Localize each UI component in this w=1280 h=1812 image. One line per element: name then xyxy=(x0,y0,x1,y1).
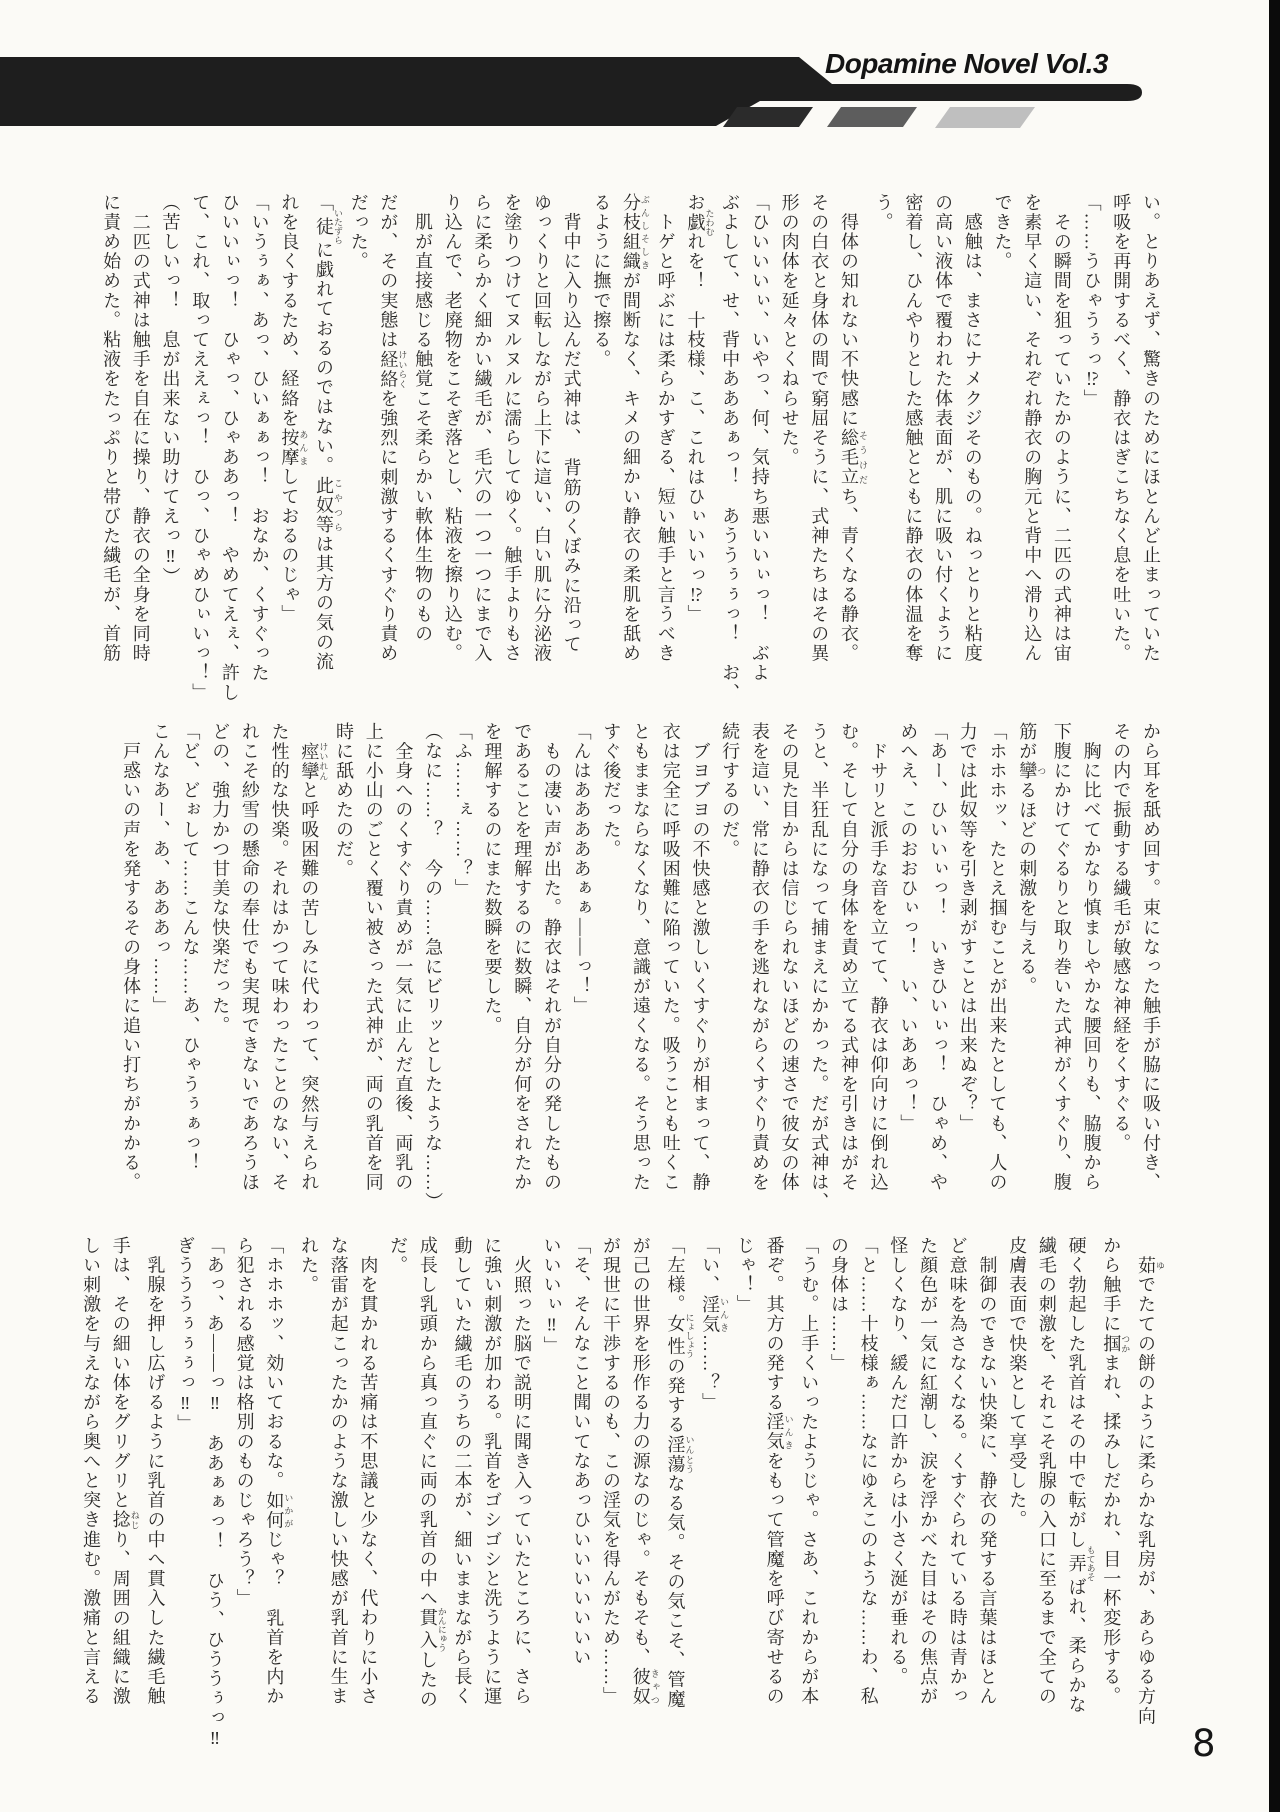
text-column: 痙攣けいれんと呼吸困難の苦しみに代わって、突然与えられ xyxy=(294,722,329,1194)
text-column: 「左様。女性にょしょうの発する淫蕩いんとうなる気。その気こそ、管魔 xyxy=(660,1236,695,1704)
text-column: 分枝組織ぶんしそしきが間断なく、キメの細かい静衣の柔肌を舐め xyxy=(615,193,650,679)
decor-parallelogram-mid xyxy=(827,107,917,127)
text-column: た性的な快楽。それはかつて味わったことのない、そ xyxy=(264,722,294,1194)
text-column: こんなあー、あ、あああっ……」 xyxy=(145,722,175,1194)
text-column: らに柔らかく細かい繊毛が、毛穴の一つ一つにまで入 xyxy=(467,193,497,679)
text-column: 表を這い、常に静衣の手を逃れながらくすぐり責めを xyxy=(744,722,774,1194)
text-column: その見た目からは信じられないほどの速さで彼女の体 xyxy=(774,722,804,1194)
text-column: から耳を舐め回す。束になった触手が脇に吸い付き、 xyxy=(1135,722,1165,1194)
text-column: 全身へのくすぐり責めが一気に止んだ直後、両乳の xyxy=(388,722,418,1194)
novel-text-band-1: い。とりあえず、驚きのためにほとんど止まっていた呼吸を再開するべく、静衣はぎこち… xyxy=(95,193,1165,679)
text-column: 続行するのだ。 xyxy=(714,722,744,1194)
text-column: 密着し、ひんやりとした感触とともに静衣の体温を奪 xyxy=(898,193,928,679)
text-column: 繊毛の刺激を、それこそ乳腺の入口に至るまで全ての xyxy=(1031,1236,1061,1704)
text-column: だった。 xyxy=(343,193,373,679)
text-column: であることを理解するのに数瞬、自分が何をされたか xyxy=(507,722,537,1194)
text-column: れた。 xyxy=(293,1236,323,1704)
scan-edge xyxy=(1269,0,1280,1812)
text-column: 茹ゆでたての餅のように柔らかな乳房が、あらゆる方向 xyxy=(1130,1236,1165,1704)
text-column: その瞬間を狙っていたかのように、二匹の式神は宙 xyxy=(1046,193,1076,679)
text-column: 「いうぅぁ、あっ、ひいぁぁっ！ おなか、くすぐった xyxy=(244,193,274,679)
text-column: 二匹の式神は触手を自在に操り、静衣の全身を同時 xyxy=(125,193,155,679)
decor-parallelogram-dark xyxy=(723,107,813,127)
text-column: （苦しいっ！ 息が出来ない助けてえっ‼） xyxy=(155,193,185,679)
text-column: 肌が直接感じる触覚こそ柔らかい軟体生物のもの xyxy=(407,193,437,679)
text-column: 上に小山のごとく覆い被さった式神が、両の乳首を同 xyxy=(358,722,388,1194)
text-column: い。とりあえず、驚きのためにほとんど止まっていた xyxy=(1135,193,1165,679)
text-column: 動していた繊毛のうちの二本が、細いままながら長く xyxy=(447,1236,477,1704)
text-column: 背中に入り込んだ式神は、 背筋のくぼみに沿って xyxy=(556,193,586,679)
text-column: を塗りつけてヌルヌルに濡らしてゆく。触手よりもさ xyxy=(497,193,527,679)
text-column: 「あー、ひいいぃっ！ いきひいぃっ！ ひゃめ、や xyxy=(922,722,952,1194)
text-column: トゲと呼ぶには柔らかすぎる、短い触手と言うべき xyxy=(650,193,680,679)
text-column: れこそ紗雪の懸命の奉仕でも実現できないであろうほ xyxy=(234,722,264,1194)
text-column: 「徒いたずらに戯れておるのではない。此奴等こやつらは其方の気の流 xyxy=(308,193,343,679)
text-column: うと、半狂乱になって捕まえにかかった。だが式神は、 xyxy=(804,722,834,1194)
text-column: を理解するのにまた数瞬を要した。 xyxy=(477,722,507,1194)
text-column: 得体の知れない不快感に総毛立そうけだち、青くなる静衣。 xyxy=(833,193,868,679)
text-column: しい刺激を与えながら奥へと突き進む。激痛と言える xyxy=(75,1236,105,1704)
text-column: 胸に比べてかなり慎ましやかな腰回りも、脇腹から xyxy=(1076,722,1106,1194)
novel-text-band-3: 茹ゆでたての餅のように柔らかな乳房が、あらゆる方向から触手に掴つかまれ、揉みしだ… xyxy=(75,1236,1165,1704)
text-column: ドサリと派手な音を立てて、静衣は仰向けに倒れ込 xyxy=(863,722,893,1194)
text-column: 感触は、まさにナメクジそのもの。ねっとりと粘度 xyxy=(957,193,987,679)
text-column: う。 xyxy=(868,193,898,679)
text-column: 下腹にかけてぐるりと取り巻いた式神がくすぐり、腹 xyxy=(1046,722,1076,1194)
text-column: その内で振動する繊毛が敏感な神経をくすぐる。 xyxy=(1106,722,1136,1194)
text-column: 「……うひゃうぅっ⁉」 xyxy=(1076,193,1106,679)
text-column: その白衣と身体の間で窮屈そうに、式神たちはその異 xyxy=(804,193,834,679)
text-column: 硬く勃起した乳首はその中で転がし弄もてあそばれ、柔らかな xyxy=(1061,1236,1096,1704)
text-column: 火照った脳で説明に聞き入っていたところに、さら xyxy=(506,1236,536,1704)
text-column: の身体は……」 xyxy=(823,1236,853,1704)
text-column: 「あっ、あ――っ‼ ああぁぁっ！ ひう、ひううぅっ‼ xyxy=(199,1236,229,1704)
text-column: ぎうううぅぅぅっ‼」 xyxy=(170,1236,200,1704)
text-column: ど意味を為さなくなる。くすぐられている時は青かっ xyxy=(942,1236,972,1704)
text-column: から触手に掴つかまれ、揉みしだかれ、目一杯変形する。 xyxy=(1096,1236,1131,1704)
text-column: 「うむ。上手くいったようじゃ。さあ、これからが本 xyxy=(794,1236,824,1704)
text-column: もの凄い声が出た。静衣はそれが自分の発したもの xyxy=(536,722,566,1194)
text-column: 「ホホホッ、効いておるな。如何いかがじゃ？ 乳首を内か xyxy=(259,1236,294,1704)
text-column: 「ど、どぉして……こんな……あ、ひゃうぅぁっ！ xyxy=(175,722,205,1194)
text-column: 力では此奴等を引き剥がすことは出来ぬぞ？」 xyxy=(952,722,982,1194)
text-column: た顔色が一気に紅潮し、涙を浮かべた目はその焦点が xyxy=(912,1236,942,1704)
text-column: む。そして自分の身体を責め立てる式神を引きはがそ xyxy=(833,722,863,1194)
text-column: 時に舐めたのだ。 xyxy=(328,722,358,1194)
text-column: 「ふ……ぇ……？」 xyxy=(447,722,477,1194)
text-column: 「ホホホッ、たとえ掴むことが出来たとしても、人の xyxy=(982,722,1012,1194)
text-column: 筋が攣つるほどの刺激を与える。 xyxy=(1011,722,1046,1194)
page-number: 8 xyxy=(1192,1722,1216,1765)
text-column: 「ひいいいぃ、いやっ、何、気持ち悪いいぃっ！ ぶよ xyxy=(744,193,774,679)
text-column: て、これ、取ってええぇっ！ ひっ、ひゃめひぃいっ！」 xyxy=(185,193,215,679)
text-column: できた。 xyxy=(987,193,1017,679)
text-column: 「そ、そんなこと聞いてなあっひいいいいいいい xyxy=(566,1236,596,1704)
text-column: ゆっくりと回転しながら上下に這い、白い肌に分泌液 xyxy=(526,193,556,679)
text-column: が現世に干渉するのも、この淫気を得んがため……」 xyxy=(595,1236,625,1704)
text-column: ともままならなくなり、意識が遠くなる。そう思った xyxy=(625,722,655,1194)
text-column: ぶよして、せ、背中あああぁっ！ あううぅぅっ！ お、 xyxy=(714,193,744,679)
text-column: を素早く這い、それぞれ静衣の胸元と背中へ滑り込ん xyxy=(1016,193,1046,679)
decor-parallelogram-light xyxy=(935,107,1035,128)
text-column: 肉を貫かれる苦痛は不思議と少なく、代わりに小さ xyxy=(353,1236,383,1704)
text-column: が己の世界を形作る力の源なのじゃ。そもそも、彼奴きゃつ xyxy=(625,1236,660,1704)
text-column: 呼吸を再開するべく、静衣はぎこちなく息を吐いた。 xyxy=(1106,193,1136,679)
text-column: 戸惑いの声を発するその身体に追い打ちがかかる。 xyxy=(115,722,145,1194)
text-column: の高い液体で覆われた体表面が、肌に吸い付くように xyxy=(927,193,957,679)
text-column: 「んはあああああぁぁ――っ！」 xyxy=(566,722,596,1194)
text-column: すぐ後だった。 xyxy=(596,722,626,1194)
text-column: ら犯される感覚は格別のものじゃろう？」 xyxy=(229,1236,259,1704)
text-column: 成長し乳頭から真っ直ぐに両の乳首の中へ貫入かんにゅうしたの xyxy=(412,1236,447,1704)
text-column: ブヨブヨの不快感と激しいくすぐりが相まって、静 xyxy=(685,722,715,1194)
text-column: るように撫で擦る。 xyxy=(586,193,616,679)
text-column: 怪しくなり、緩んだ口許からは小さく涎が垂れる。 xyxy=(883,1236,913,1704)
text-column: 衣は完全に呼吸困難に陥っていた。吸うことも吐くこ xyxy=(655,722,685,1194)
text-column: めへえ、このおおひぃっ！ い、いああっ！」 xyxy=(893,722,923,1194)
text-column: （なに……？ 今の……急にビリッとしたような……） xyxy=(417,722,447,1194)
text-column: 形の肉体を延々とくねらせた。 xyxy=(774,193,804,679)
text-column: 「い、淫気いんき……？」 xyxy=(694,1236,729,1704)
text-column: どの、強力かつ甘美な快楽だった。 xyxy=(205,722,235,1194)
text-column: だが、その実態は経絡けいらくを強烈に刺激するくすぐり責め xyxy=(373,193,408,679)
text-column: 番ぞ。其方の発する淫気いんきをもって管魔を呼び寄せるの xyxy=(759,1236,794,1704)
text-column: に責め始めた。粘液をたっぷりと帯びた繊毛が、首筋 xyxy=(95,193,125,679)
text-column: 「と……十枝様ぁ……なにゆえこのような……わ、私 xyxy=(853,1236,883,1704)
text-column: 乳腺を押し広げるように乳首の中へ貫入した繊毛触 xyxy=(140,1236,170,1704)
text-column: 手は、その細い体をグリグリと捻ねじり、周囲の組織に激 xyxy=(105,1236,140,1704)
text-column: いいいぃ‼」 xyxy=(536,1236,566,1704)
text-column: お戯たわむれを！ 十枝様、こ、これはひぃいいっ⁉」 xyxy=(680,193,715,679)
text-column: じゃ！」 xyxy=(729,1236,759,1704)
text-column: 皮膚表面で快楽として享受した。 xyxy=(1001,1236,1031,1704)
text-column: ひいいぃっ！ ひゃっ、ひゃああっ！ やめてえぇ、許し xyxy=(214,193,244,679)
novel-text-band-2: から耳を舐め回す。束になった触手が脇に吸い付き、その内で振動する繊毛が敏感な神経… xyxy=(115,722,1165,1194)
text-column: り込んで、老廃物をこそぎ落とし、粘液を擦り込む。 xyxy=(437,193,467,679)
text-column: だ。 xyxy=(382,1236,412,1704)
text-column: に強い刺激が加わる。乳首をゴシゴシと洗うように運 xyxy=(477,1236,507,1704)
header-title: Dopamine Novel Vol.3 xyxy=(825,48,1108,80)
text-column: れを良くするため、経絡を按摩あんましておるのじゃ」 xyxy=(274,193,309,679)
text-column: な落雷が起こったかのような激しい快感が乳首に生ま xyxy=(323,1236,353,1704)
text-column: 制御のできない快楽に、静衣の発する言葉はほとん xyxy=(972,1236,1002,1704)
